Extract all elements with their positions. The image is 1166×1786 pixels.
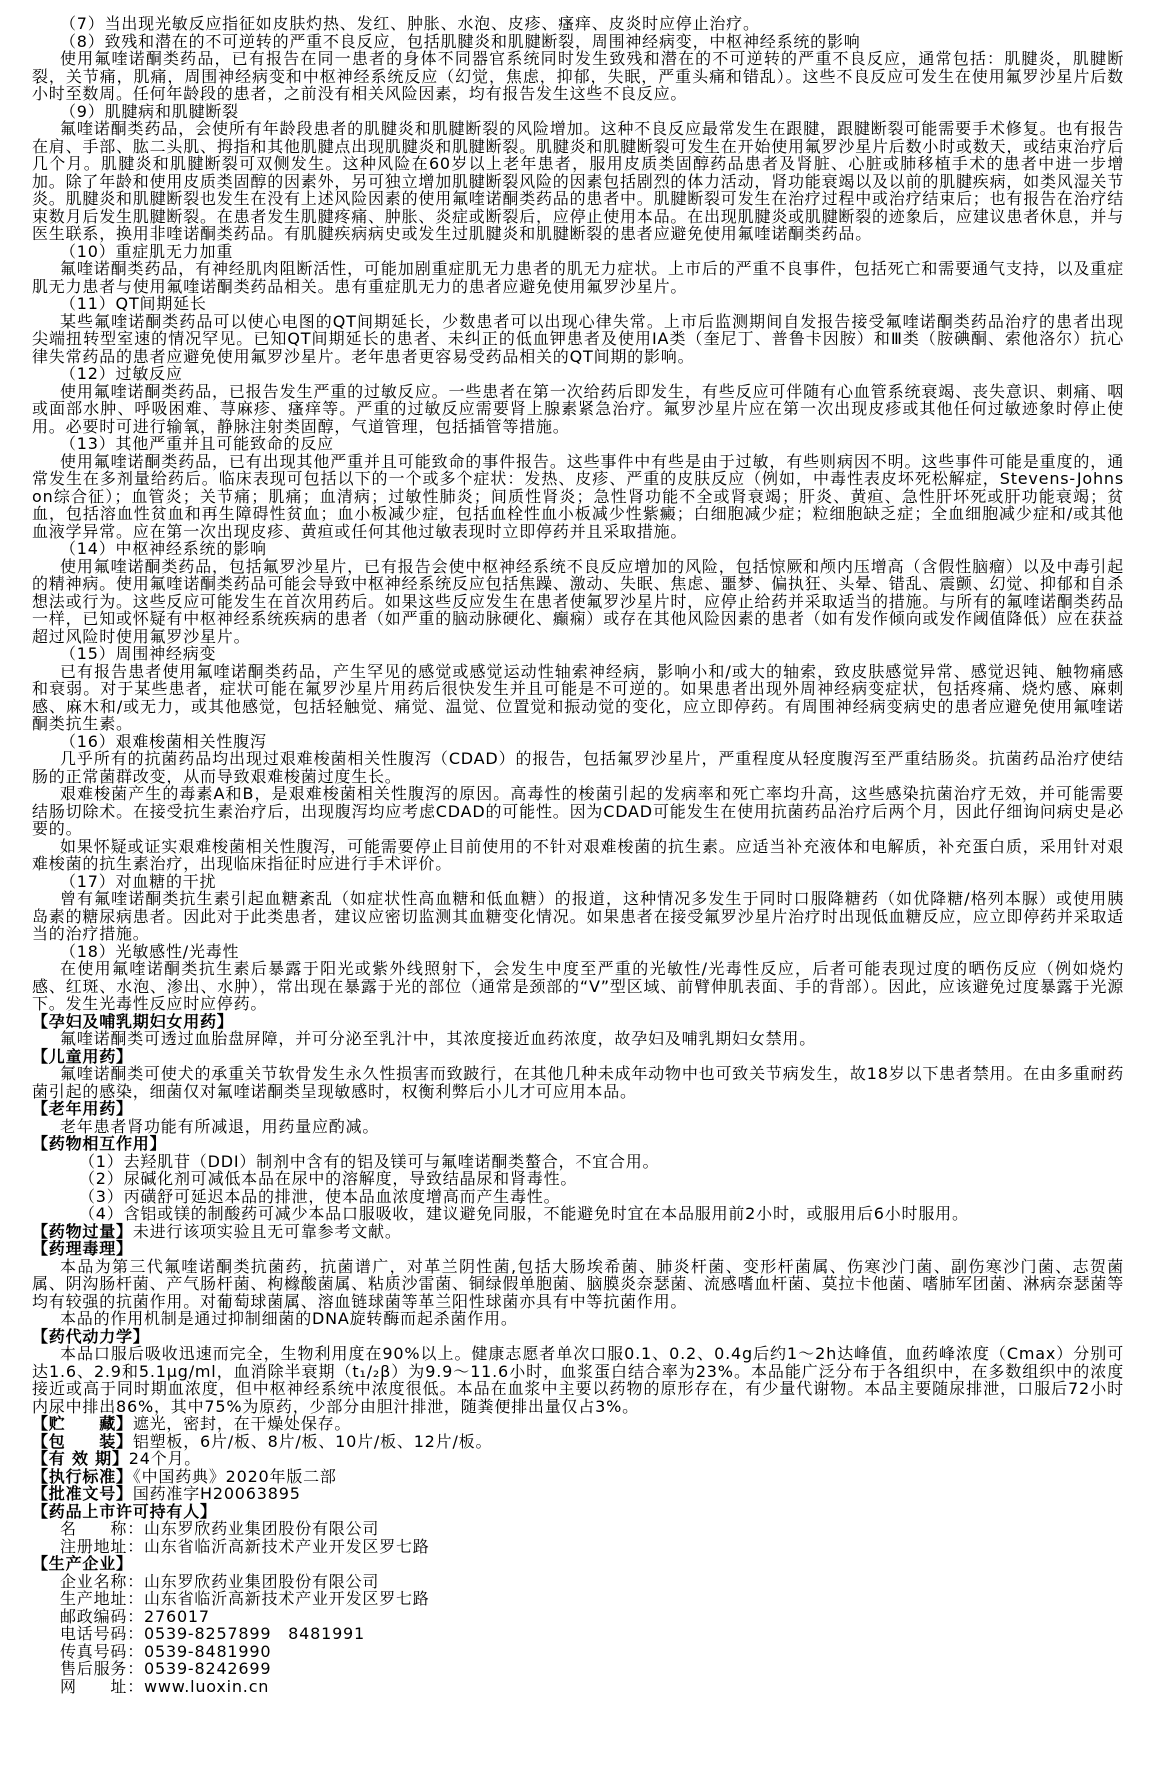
labeled-field: 【包 装】铝塑板，6片/板、8片/板、10片/板、12片/板。 <box>32 1433 1124 1451</box>
paragraph: 使用氟喹诺酮类药品，已有出现其他严重并且可能致命的事件报告。这些事件中有些是由于… <box>32 453 1124 541</box>
contact-line: 传真号码：0539-8481990 <box>32 1643 1124 1661</box>
paragraph: 曾有氟喹诺酮类抗生素引起血糖紊乱（如症状性高血糖和低血糖）的报道，这种情况多发生… <box>32 890 1124 943</box>
paragraph: 氟喹诺酮类药品，会使所有年龄段患者的肌腱炎和肌腱断裂的风险增加。这种不良反应最常… <box>32 120 1124 243</box>
paragraph: 氟喹诺酮类可使犬的承重关节软骨发生永久性损害而致跛行，在其他几种未成年动物中也可… <box>32 1065 1124 1100</box>
numbered-item: （2）尿碱化剂可减低本品在尿中的溶解度，导致结晶尿和肾毒性。 <box>32 1170 1124 1188</box>
contact-line: 生产地址：山东省临沂高新技术产业开发区罗七路 <box>32 1590 1124 1608</box>
paragraph: 本品口服后吸收迅速而完全，生物利用度在90%以上。健康志愿者单次口服0.1、0.… <box>32 1345 1124 1415</box>
section-heading: 【孕妇及哺乳期妇女用药】 <box>32 1013 1124 1031</box>
field-label: 【有 效 期】 <box>32 1449 129 1468</box>
numbered-item: （14）中枢神经系统的影响 <box>32 540 1124 558</box>
numbered-item: （15）周围神经病变 <box>32 645 1124 663</box>
section-heading: 【儿童用药】 <box>32 1048 1124 1066</box>
section-heading: 【药理毒理】 <box>32 1240 1124 1258</box>
labeled-field: 【药物过量】未进行该项实验且无可靠参考文献。 <box>32 1223 1124 1241</box>
contact-line: 注册地址：山东省临沂高新技术产业开发区罗七路 <box>32 1538 1124 1556</box>
paragraph: 使用氟喹诺酮类药品，包括氟罗沙星片，已有报告会使中枢神经系统不良反应增加的风险，… <box>32 558 1124 646</box>
numbered-item: （8）致残和潜在的不可逆转的严重不良反应，包括肌腱炎和肌腱断裂，周围神经病变，中… <box>32 33 1124 51</box>
field-label: 【药物过量】 <box>32 1222 133 1241</box>
paragraph: 氟喹诺酮类可透过血胎盘屏障，并可分泌至乳汁中，其浓度接近血药浓度，故孕妇及哺乳期… <box>32 1030 1124 1048</box>
contact-line: 名 称：山东罗欣药业集团股份有限公司 <box>32 1520 1124 1538</box>
numbered-item: （1）去羟肌苷（DDI）制剂中含有的铝及镁可与氟喹诺酮类螯合，不宜合用。 <box>32 1153 1124 1171</box>
contact-line: 售后服务：0539-8242699 <box>32 1660 1124 1678</box>
paragraph: 几乎所有的抗菌药品均出现过艰难梭菌相关性腹泻（CDAD）的报告，包括氟罗沙星片，… <box>32 750 1124 785</box>
document-body: （7）当出现光敏反应指征如皮肤灼热、发红、肿胀、水泡、皮疹、瘙痒、皮炎时应停止治… <box>32 15 1124 1695</box>
numbered-item: （13）其他严重并且可能致命的反应 <box>32 435 1124 453</box>
contact-line: 邮政编码：276017 <box>32 1608 1124 1626</box>
paragraph: 本品为第三代氟喹诺酮类抗菌药，抗菌谱广，对革兰阴性菌,包括大肠埃希菌、肺炎杆菌、… <box>32 1258 1124 1311</box>
paragraph: 使用氟喹诺酮类药品，已报告发生严重的过敏反应。一些患者在第一次给药后即发生，有些… <box>32 383 1124 436</box>
field-value: 《中国药典》2020年版二部 <box>133 1467 337 1486</box>
paragraph: 艰难梭菌产生的毒素A和B，是艰难梭菌相关性腹泻的原因。高毒性的梭菌引起的发病率和… <box>32 785 1124 838</box>
section-heading: 【药品上市许可持有人】 <box>32 1503 1124 1521</box>
field-label: 【批准文号】 <box>32 1484 133 1503</box>
field-label: 【贮 藏】 <box>32 1414 133 1433</box>
field-value: 铝塑板，6片/板、8片/板、10片/板、12片/板。 <box>133 1432 492 1451</box>
field-value: 未进行该项实验且无可靠参考文献。 <box>133 1222 402 1241</box>
section-heading: 【药代动力学】 <box>32 1328 1124 1346</box>
labeled-field: 【批准文号】国药准字H20063895 <box>32 1485 1124 1503</box>
field-label: 【执行标准】 <box>32 1467 133 1486</box>
paragraph: 如果怀疑或证实艰难梭菌相关性腹泻，可能需要停止目前使用的不针对艰难梭菌的抗生素。… <box>32 838 1124 873</box>
labeled-field: 【贮 藏】遮光，密封，在干燥处保存。 <box>32 1415 1124 1433</box>
field-value: 遮光，密封，在干燥处保存。 <box>133 1414 351 1433</box>
numbered-item: （16）艰难梭菌相关性腹泻 <box>32 733 1124 751</box>
numbered-item: （17）对血糖的干扰 <box>32 873 1124 891</box>
section-heading: 【老年用药】 <box>32 1100 1124 1118</box>
numbered-item: （12）过敏反应 <box>32 365 1124 383</box>
section-heading: 【生产企业】 <box>32 1555 1124 1573</box>
field-value: 24个月。 <box>129 1449 201 1468</box>
paragraph: 某些氟喹诺酮类药品可以使心电图的QT间期延长，少数患者可以出现心律失常。上市后监… <box>32 313 1124 366</box>
numbered-item: （10）重症肌无力加重 <box>32 243 1124 261</box>
numbered-item: （9）肌腱病和肌腱断裂 <box>32 103 1124 121</box>
paragraph: 使用氟喹诺酮类药品，已有报告在同一患者的身体不同器官系统同时发生致残和潜在的不可… <box>32 50 1124 103</box>
numbered-item: （7）当出现光敏反应指征如皮肤灼热、发红、肿胀、水泡、皮疹、瘙痒、皮炎时应停止治… <box>32 15 1124 33</box>
field-value: 国药准字H20063895 <box>133 1484 301 1503</box>
numbered-item: （3）丙磺舒可延迟本品的排泄，使本品血浓度增高而产生毒性。 <box>32 1188 1124 1206</box>
numbered-item: （4）含铝或镁的制酸药可减少本品口服吸收，建议避免同服，不能避免时宜在本品服用前… <box>32 1205 1124 1223</box>
numbered-item: （11）QT间期延长 <box>32 295 1124 313</box>
paragraph: 在使用氟喹诺酮类抗生素后暴露于阳光或紫外线照射下，会发生中度至严重的光敏性/光毒… <box>32 960 1124 1013</box>
paragraph: 氟喹诺酮类药品，有神经肌肉阻断活性，可能加剧重症肌无力患者的肌无力症状。上市后的… <box>32 260 1124 295</box>
contact-line: 网 址：www.luoxin.cn <box>32 1678 1124 1696</box>
paragraph: 已有报告患者使用氟喹诺酮类药品，产生罕见的感觉或感觉运动性轴索神经病，影响小和/… <box>32 663 1124 733</box>
section-heading: 【药物相互作用】 <box>32 1135 1124 1153</box>
paragraph: 本品的作用机制是通过抑制细菌的DNA旋转酶而起杀菌作用。 <box>32 1310 1124 1328</box>
drug-insert-page: （7）当出现光敏反应指征如皮肤灼热、发红、肿胀、水泡、皮疹、瘙痒、皮炎时应停止治… <box>0 0 1166 1786</box>
numbered-item: （18）光敏感性/光毒性 <box>32 943 1124 961</box>
contact-line: 企业名称：山东罗欣药业集团股份有限公司 <box>32 1573 1124 1591</box>
paragraph: 老年患者肾功能有所减退，用药量应酌减。 <box>32 1118 1124 1136</box>
labeled-field: 【执行标准】《中国药典》2020年版二部 <box>32 1468 1124 1486</box>
field-label: 【包 装】 <box>32 1432 133 1451</box>
labeled-field: 【有 效 期】24个月。 <box>32 1450 1124 1468</box>
contact-line: 电话号码：0539-8257899 8481991 <box>32 1625 1124 1643</box>
